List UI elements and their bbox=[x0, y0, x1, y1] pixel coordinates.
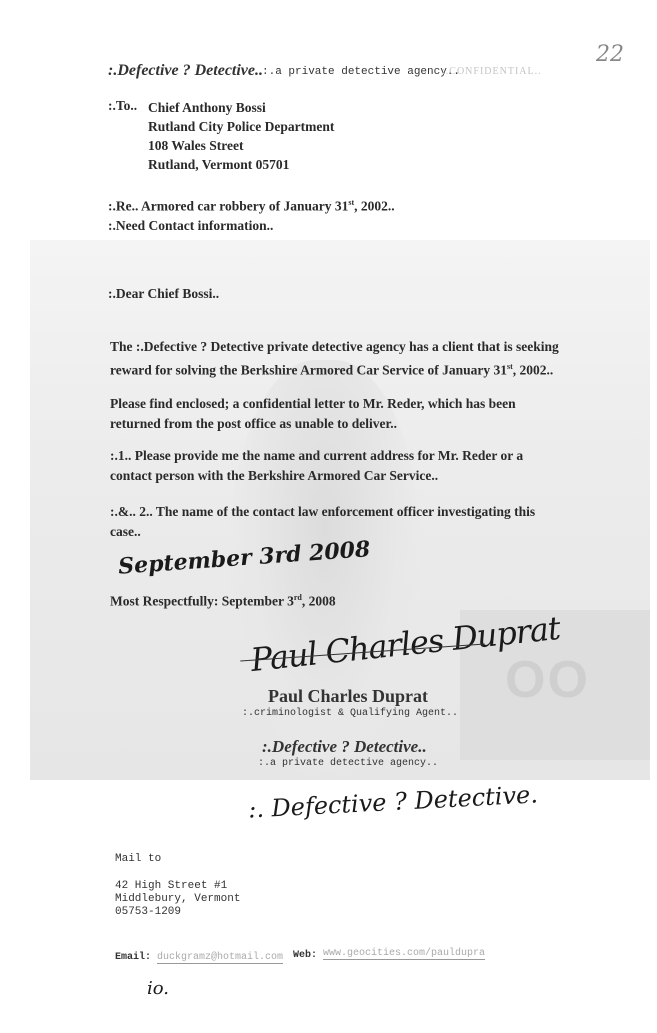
mailing-address: 42 High Street #1 Middlebury, Vermont 05… bbox=[115, 880, 240, 919]
recipient-line: Chief Anthony Bossi bbox=[148, 98, 334, 117]
background-block-text: OO bbox=[505, 650, 590, 710]
re-line: :.Re.. Armored car robbery of January 31… bbox=[108, 193, 395, 216]
header-brand: :.Defective ? Detective.. bbox=[108, 62, 263, 80]
body-paragraph-2: Please find enclosed; a confidential let… bbox=[110, 394, 560, 434]
confidential-stamp: :.CONFIDENTIAL.. bbox=[442, 66, 542, 77]
closing-line: Most Respectfully: September 3rd, 2008 bbox=[110, 593, 336, 610]
recipient-address: Chief Anthony Bossi Rutland City Police … bbox=[148, 98, 334, 174]
header-tagline: :.a private detective agency.. bbox=[262, 66, 460, 78]
signer-name: Paul Charles Duprat bbox=[268, 686, 428, 707]
salutation: :.Dear Chief Bossi.. bbox=[108, 286, 219, 302]
handwritten-initials: io. bbox=[147, 978, 169, 999]
footer-tagline: :.a private detective agency.. bbox=[258, 758, 438, 769]
body-paragraph-3: :.1.. Please provide me the name and cur… bbox=[110, 446, 560, 486]
mail-to-label: Mail to bbox=[115, 853, 161, 865]
email-label: Email: bbox=[115, 952, 151, 963]
body-paragraph-4: :.&.. 2.. The name of the contact law en… bbox=[110, 502, 560, 542]
web-label: Web: bbox=[293, 950, 317, 961]
recipient-line: Rutland, Vermont 05701 bbox=[148, 155, 334, 174]
to-label: :.To.. bbox=[108, 98, 137, 114]
handwritten-brand: :. Defective ? Detective. bbox=[247, 780, 538, 823]
email-link[interactable]: duckgramz@hotmail.com bbox=[157, 952, 283, 964]
subject-block: :.Re.. Armored car robbery of January 31… bbox=[108, 193, 395, 235]
need-line: :.Need Contact information.. bbox=[108, 216, 395, 235]
footer-brand: :.Defective ? Detective.. bbox=[262, 737, 427, 757]
signer-title: :.criminologist & Qualifying Agent.. bbox=[242, 708, 458, 719]
recipient-line: Rutland City Police Department bbox=[148, 117, 334, 136]
web-link[interactable]: www.geocities.com/pauldupra bbox=[323, 948, 485, 960]
page-number: 22 bbox=[596, 42, 624, 67]
body-paragraph-1: The :.Defective ? Detective private dete… bbox=[110, 337, 560, 381]
recipient-line: 108 Wales Street bbox=[148, 136, 334, 155]
